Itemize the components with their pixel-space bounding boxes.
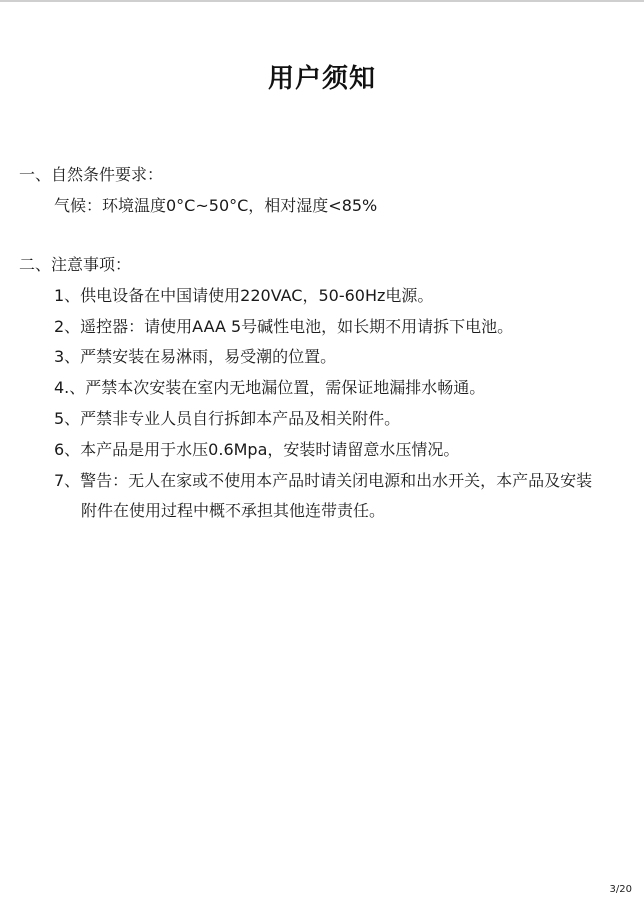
notice-item-2: 2、遥控器：请使用AAA 5号碱性电池，如长期不用请拆下电池。 bbox=[54, 317, 513, 337]
notice-item-4: 4.、严禁本次安装在室内无地漏位置，需保证地漏排水畅通。 bbox=[54, 378, 485, 398]
section-1-heading: 一、自然条件要求： bbox=[19, 165, 163, 185]
notice-item-7-continuation: 附件在使用过程中概不承担其他连带责任。 bbox=[81, 501, 385, 521]
page-title: 用户须知 bbox=[0, 58, 644, 95]
notice-item-5: 5、严禁非专业人员自行拆卸本产品及相关附件。 bbox=[54, 409, 400, 429]
notice-item-7: 7、警告：无人在家或不使用本产品时请关闭电源和出水开关，本产品及安装 bbox=[54, 471, 592, 491]
section-1-climate-text: 气候：环境温度0°C~50°C，相对湿度<85% bbox=[54, 196, 377, 216]
notice-item-3: 3、严禁安装在易淋雨，易受潮的位置。 bbox=[54, 347, 336, 367]
notice-item-1: 1、供电设备在中国请使用220VAC，50-60Hz电源。 bbox=[54, 286, 433, 306]
notice-item-6: 6、本产品是用于水压0.6Mpa，安装时请留意水压情况。 bbox=[54, 440, 459, 460]
page-top-border bbox=[0, 0, 644, 2]
page-number: 3/20 bbox=[610, 884, 632, 895]
section-2-heading: 二、注意事项： bbox=[19, 255, 131, 275]
